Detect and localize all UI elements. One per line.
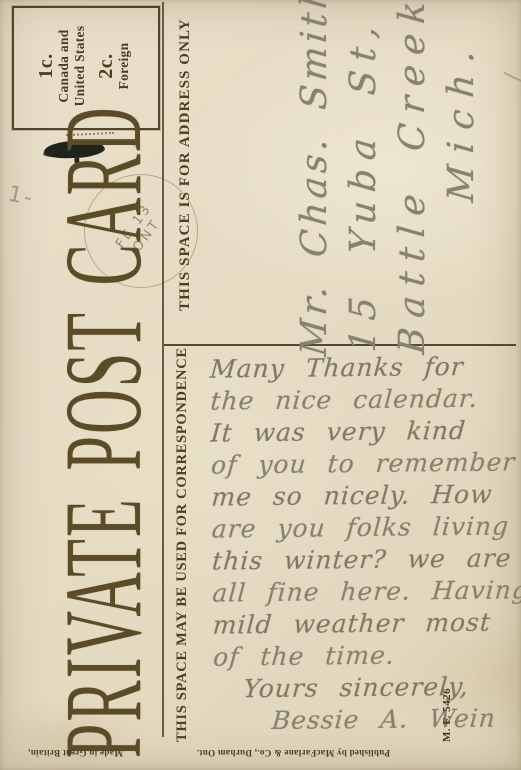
foreign-region: Foreign — [116, 43, 132, 90]
message-line: me so nicely. How — [210, 478, 512, 513]
address-line: Mr. Chas. Smith, — [290, 3, 339, 358]
catalog-number: M. F. 5426 — [437, 666, 457, 742]
correspondence-section-label: THIS SPACE MAY BE USED FOR CORRESPONDENC… — [168, 356, 196, 742]
message-line: Many Thanks for — [209, 350, 511, 385]
message-line: mild weather most — [212, 606, 514, 641]
postmark-text: FE 13 ONT — [113, 201, 169, 261]
message-line: It was very kind — [210, 414, 512, 449]
handwritten-address: Mr. Chas. Smith, 15 Yuba St, Battle Cree… — [290, 5, 486, 360]
address-line: 15 Yuba St, — [339, 3, 388, 354]
publisher-imprint: Published by MacFarlane & Co., Durham On… — [197, 749, 390, 759]
handwritten-message: Many Thanks for the nice calendar. It wa… — [210, 350, 514, 737]
message-line: of you to remember — [210, 446, 512, 481]
address-line: Mich. — [437, 3, 486, 204]
message-line: are you folks living — [211, 510, 513, 545]
message-closing: Yours sincerely, — [242, 670, 514, 705]
address-section-label: THIS SPACE IS FOR ADDRESS ONLY — [169, 27, 201, 311]
domestic-rate: 1c. — [36, 53, 56, 78]
vertical-divider — [162, 2, 164, 737]
domestic-region-line1: Canada and — [56, 29, 72, 102]
printer-imprint: Published by MacFarlane & Co., Durham On… — [28, 746, 390, 761]
foreign-rate: 2c. — [96, 53, 116, 78]
message-line: the nice calendar. — [209, 382, 511, 417]
domestic-region-line2: United States — [72, 26, 88, 107]
message-signature: Bessie A. Wein — [271, 702, 515, 737]
paper-crease — [504, 72, 521, 82]
origin-imprint: Made in Great Britain, — [28, 749, 123, 759]
message-line: of the time. — [212, 638, 514, 673]
postcard-back: 1c. Canada and United States 2c. Foreign… — [0, 0, 521, 770]
pencil-note: 1- — [6, 182, 37, 212]
message-line: this winter? we are — [211, 542, 513, 577]
message-line: all fine here. Having — [211, 574, 513, 609]
address-line: Battle Creek — [388, 3, 437, 356]
